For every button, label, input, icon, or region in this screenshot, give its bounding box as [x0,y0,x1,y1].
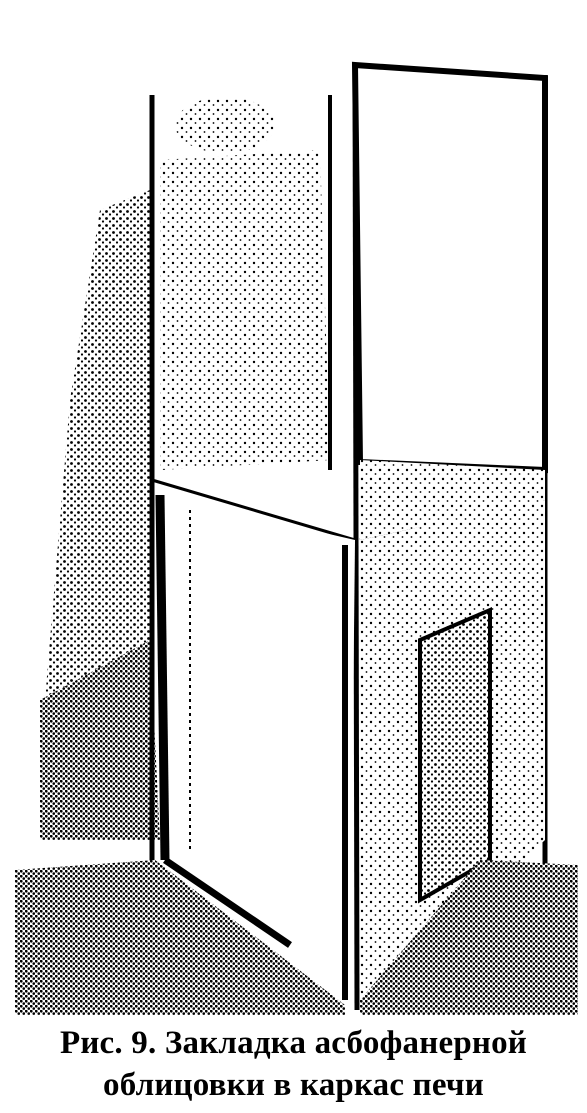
figure-illustration [0,0,587,1020]
facing-panel-upper [355,65,545,540]
caption-line-1: Рис. 9. Закладка асбофанерной [0,1022,587,1064]
figure-caption: Рис. 9. Закладка асбофанерной облицовки … [0,1022,587,1106]
caption-line-2: облицовки в каркас печи [0,1064,587,1106]
